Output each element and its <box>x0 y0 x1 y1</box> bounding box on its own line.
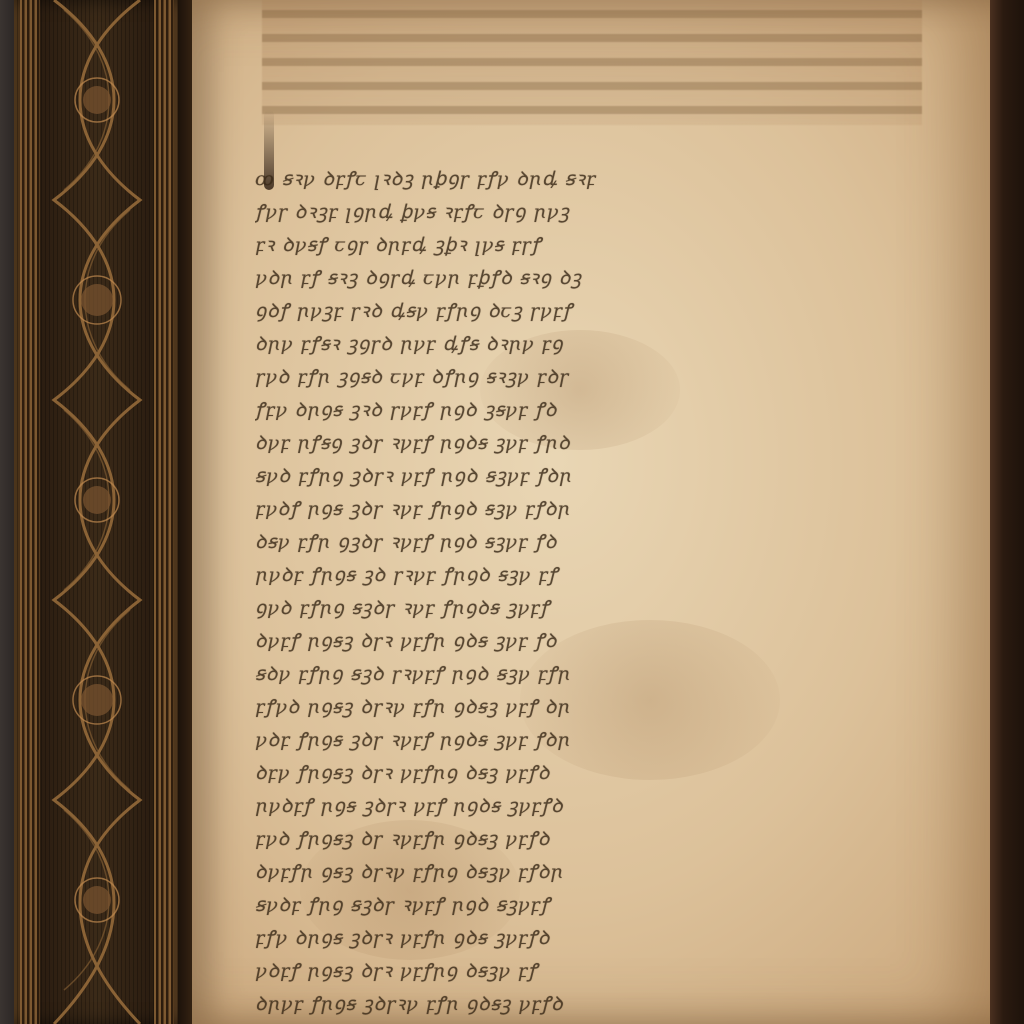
script-line: ꝺꝩꝼꝭ ꞃꝯꞩꝫ ꝺꞅꝛ ꝩꝼꝭꞃ ꝯꝺꞩ ꝫꝩꝼ ꝭꝺ <box>255 627 927 655</box>
script-line: ꝼꝭꝩ ꝺꞃꝯꞩ ꝫꝺꞅꝛ ꝩꝼꝭꞃ ꝯꝺꞩ ꝫꝩꝼꝭꝺ <box>255 924 927 952</box>
spine-border-left <box>20 0 40 1024</box>
script-line: ꝺꞃꝩꝼ ꝭꞃꝯꞩ ꝫꝺꞅꝛꝩ ꝼꝭꞃ ꝯꝺꞩꝫ ꝩꝼꝭꝺ <box>255 990 927 1018</box>
script-line: ꞩꝩꝺꝼ ꝭꞃꝯ ꞩꝫꝺꞅ ꝛꝩꝼꝭ ꞃꝯꝺ ꞩꝫꝩꝼꝭ <box>255 891 927 919</box>
script-line: ꝏ ꞩꝛꝩ ꝺꝼꝭꞇ ꞁꝛꝺꝫ ꞃꝧꝯꞅ ꝼꝭꝩ ꝺꞃꝱ ꞩꝛꝼ <box>255 165 927 193</box>
script-line: ꝺꞃꝩ ꝼꝭꞩꝛ ꝫꝯꞅꝺ ꞃꝩꝼ ꝱꝭꞩ ꝺꝛꞃꝩ ꝼꝯ <box>255 330 927 358</box>
script-line: ꝺꞩꝩ ꝼꝭꞃ ꝯꝫꝺꞅ ꝛꝩꝼꝭ ꞃꝯꝺ ꞩꝫꝩꝼ ꝭꝺ <box>255 528 927 556</box>
handwritten-script-block: ꝏ ꞩꝛꝩ ꝺꝼꝭꞇ ꞁꝛꝺꝫ ꞃꝧꝯꞅ ꝼꝭꝩ ꝺꞃꝱ ꞩꝛꝼ ꝭꝩꞅ ꝺꝛꝫ… <box>255 165 927 1024</box>
faded-header-text <box>262 0 922 125</box>
knotwork-pattern-icon <box>44 0 150 1024</box>
script-line: ꞩꝩꝺ ꝼꝭꞃꝯ ꝫꝺꞅꝛ ꝩꝼꝭ ꞃꝯꝺ ꞩꝫꝩꝼ ꝭꝺꞃ <box>255 462 927 490</box>
script-line: ꝭꝩꞅ ꝺꝛꝫꝼ ꞁꝯꞃꝱ ꝧꝩꞩ ꝛꝼꝭꞇ ꝺꞅꝯ ꞃꝩꝫ <box>255 198 927 226</box>
script-line: ꝼꝩꝺꝭ ꞃꝯꞩ ꝫꝺꞅ ꝛꝩꝼ ꝭꞃꝯꝺ ꞩꝫꝩ ꝼꝭꝺꞃ <box>255 495 927 523</box>
script-line: ꝩꝺꞃ ꝼꝭ ꞩꝛꝫ ꝺꝯꞅꝱ ꞇꝩꞃ ꝼꝧꝭꝺ ꞩꝛꝯ ꝺꝫ <box>255 264 927 292</box>
manuscript-scene: ꝏ ꞩꝛꝩ ꝺꝼꝭꞇ ꞁꝛꝺꝫ ꞃꝧꝯꞅ ꝼꝭꝩ ꝺꞃꝱ ꞩꝛꝼ ꝭꝩꞅ ꝺꝛꝫ… <box>0 0 1024 1024</box>
script-line: ꞩꝺꝩ ꝼꝭꞃꝯ ꞩꝫꝺ ꞅꝛꝩꝼꝭ ꞃꝯꝺ ꞩꝫꝩ ꝼꝭꞃ <box>255 660 927 688</box>
script-line: ꝺꝩꝼꝭꞃ ꝯꞩꝫ ꝺꞅꝛꝩ ꝼꝭꞃꝯ ꝺꞩꝫꝩ ꝼꝭꝺꞃ <box>255 858 927 886</box>
script-line: ꝼꝛ ꝺꝩꞩꝭ ꞇꝯꞅ ꝺꞃꝼꝱ ꝫꝧꝛ ꞁꝩꞩ ꝼꞅꝭ <box>255 231 927 259</box>
script-line: ꞃꝩꝺꝼ ꝭꞃꝯꞩ ꝫꝺ ꞅꝛꝩꝼ ꝭꞃꝯꝺ ꞩꝫꝩ ꝼꝭ <box>255 561 927 589</box>
script-line: ꝩꝺꝼ ꝭꞃꝯꞩ ꝫꝺꞅ ꝛꝩꝼꝭ ꞃꝯꝺꞩ ꝫꝩꝼ ꝭꝺꞃ <box>255 726 927 754</box>
page-right-edge-shadow <box>990 0 1024 1024</box>
script-line: ꝺꝼꝩ ꝭꞃꝯꞩꝫ ꝺꞅꝛ ꝩꝼꝭꞃꝯ ꝺꞩꝫ ꝩꝼꝭꝺ <box>255 759 927 787</box>
ornate-book-spine <box>14 0 180 1024</box>
script-line: ꝺꝩꝼ ꞃꝭꞩꝯ ꝫꝺꞅ ꝛꝩꝼꝭ ꞃꝯꝺꞩ ꝫꝩꝼ ꝭꞃꝺ <box>255 429 927 457</box>
script-line: ꞃꝩꝺꝼꝭ ꞃꝯꞩ ꝫꝺꞅꝛ ꝩꝼꝭ ꞃꝯꝺꞩ ꝫꝩꝼꝭꝺ <box>255 792 927 820</box>
script-line: ꝼꝭꝩꝺ ꞃꝯꞩꝫ ꝺꞅꝛꝩ ꝼꝭꞃ ꝯꝺꞩꝫ ꝩꝼꝭ ꝺꞃ <box>255 693 927 721</box>
script-line: ꝭꝼꝩ ꝺꞃꝯꞩ ꝫꝛꝺ ꞅꝩꝼꝭ ꞃꝯꝺ ꝫꞩꝩꝼ ꝭꝺ <box>255 396 927 424</box>
script-line: ꝼꝩꝺ ꝭꞃꝯꞩꝫ ꝺꞅ ꝛꝩꝼꝭꞃ ꝯꝺꞩꝫ ꝩꝼꝭꝺ <box>255 825 927 853</box>
spine-border-right <box>154 0 174 1024</box>
script-line: ꝩꝺꝼꝭ ꞃꝯꞩꝫ ꝺꞅꝛ ꝩꝼꝭꞃꝯ ꝺꞩꝫꝩ ꝼꝭ <box>255 957 927 985</box>
script-line: ꝯꝺꝭ ꞃꝩꝫꝼ ꞅꝛꝺ ꝱꞩꝩ ꝼꝭꞃꝯ ꝺꞇꝫ ꞅꝩꝼꝭ <box>255 297 927 325</box>
script-line: ꞅꝩꝺ ꝼꝭꞃ ꝫꝯꞩꝺ ꞇꝩꝼ ꝺꝭꞃꝯ ꞩꝛꝫꝩ ꝼꝺꞅ <box>255 363 927 391</box>
script-line: ꝯꝩꝺ ꝼꝭꞃꝯ ꞩꝫꝺꞅ ꝛꝩꝼ ꝭꞃꝯꝺꞩ ꝫꝩꝼꝭ <box>255 594 927 622</box>
